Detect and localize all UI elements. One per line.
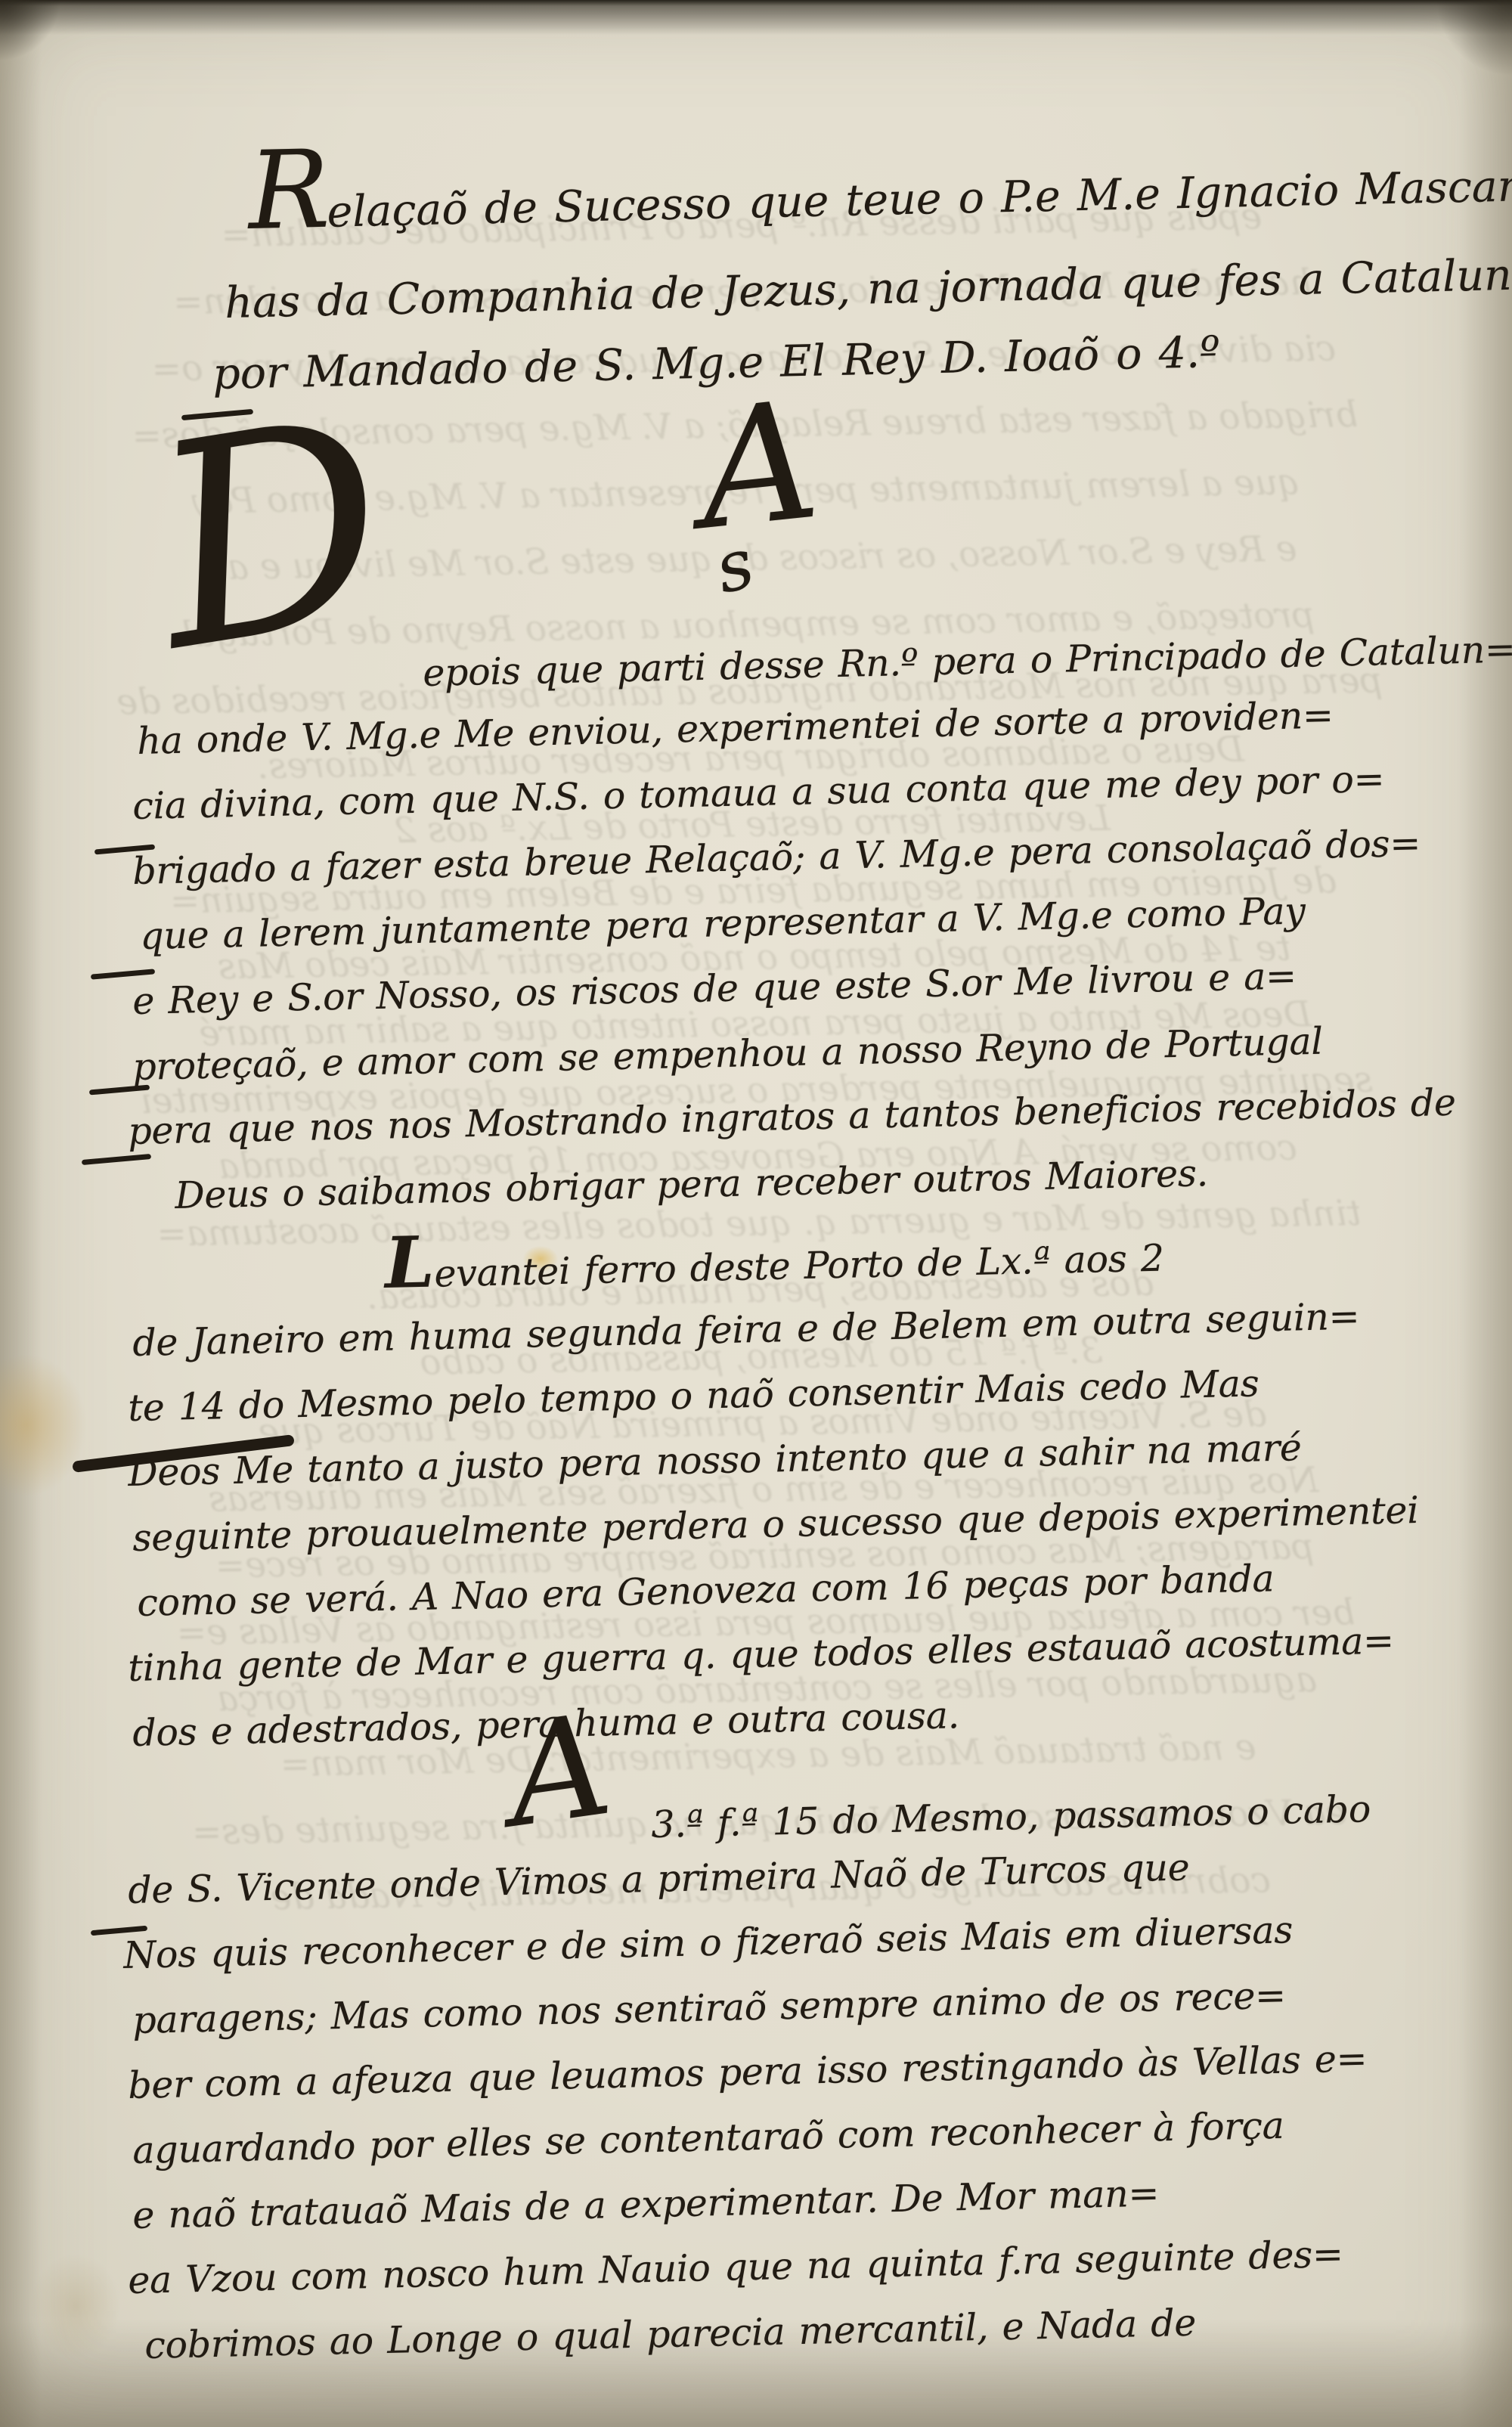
margin-ink-dash [82,1154,151,1165]
manuscript-line: e naõ tratauaõ Mais de a experimentar. D… [132,2171,1160,2237]
ornamental-initial-d: D [143,408,399,664]
manuscript-line: Deos Me tanto a justo pera nosso intento… [128,1426,1302,1495]
manuscript-line: te 14 do Mesmo pelo tempo o naõ consenti… [128,1362,1259,1430]
ornamental-letter-a: A [692,395,823,536]
manuscript-page: epois que parti desse Rn.º pera o Princi… [0,0,1512,2427]
paper-stain [0,1353,87,1497]
title-line: Relaçaõ de Sucesso que teue o P.e M.e Ig… [249,160,1512,239]
manuscript-line: ber com a afeuza que leuamos pera isso r… [128,2037,1368,2107]
manuscript-line: Nos quis reconhecer e de sim o fizeraõ s… [123,1908,1294,1977]
manuscript-line: cia divina, com que N.S. o tomaua a sua … [132,758,1385,828]
manuscript-line: paragens; Mas como nos sentiraõ sempre a… [132,1974,1287,2042]
manuscript-line: de Janeiro em huma segunda feira e de Be… [132,1295,1360,1365]
manuscript-line: aguardando por elles se contentaraõ com … [132,2104,1284,2172]
margin-ink-dash [91,969,155,979]
paper-stain [30,2253,121,2359]
manuscript-line: e Rey e S.or Nosso, os riscos de que est… [132,954,1297,1023]
ornamental-initial-a: A [500,1708,616,1833]
manuscript-line: como se verá. A Nao era Genoveza com 16 … [137,1557,1275,1625]
manuscript-line: Levantei ferro deste Porto de Lx.ª aos 2 [385,1237,1165,1297]
manuscript-line: epois que parti desse Rn.º pera o Princi… [423,628,1512,695]
manuscript-line: proteçaõ, e amor com se empenhou a nosso… [132,1020,1324,1089]
manuscript-line: ha onde V. Mg.e Me enviou, experimentei … [137,693,1334,763]
manuscript-line: ea Vzou com nosco hum Nauio que na quint… [128,2233,1344,2302]
manuscript-line: Deus o saibamos obrigar pera receber out… [175,1152,1209,1217]
manuscript-line: brigado a fazer esta breue Relaçaõ; a V.… [132,822,1421,893]
manuscript-line: seguinte prouauelmente perdera o sucesso… [132,1489,1419,1560]
manuscript-line: de S. Vicente onde Vimos a primeira Naõ … [128,1846,1190,1912]
manuscript-line: cobrimos ao Longe o qual parecia mercant… [144,2301,1197,2367]
manuscript-line: pera que nos nos Mostrando ingratos a ta… [128,1081,1456,1153]
manuscript-line: tinha gente de Mar e guerra q. que todos… [128,1619,1395,1690]
title-line: has da Companhia de Jezus, na jornada qu… [225,249,1512,328]
manuscript-line: que a lerem juntamente pera representar … [140,889,1306,958]
manuscript-line: 3.ª f.ª 15 do Mesmo, passamos o cabo [651,1787,1371,1846]
